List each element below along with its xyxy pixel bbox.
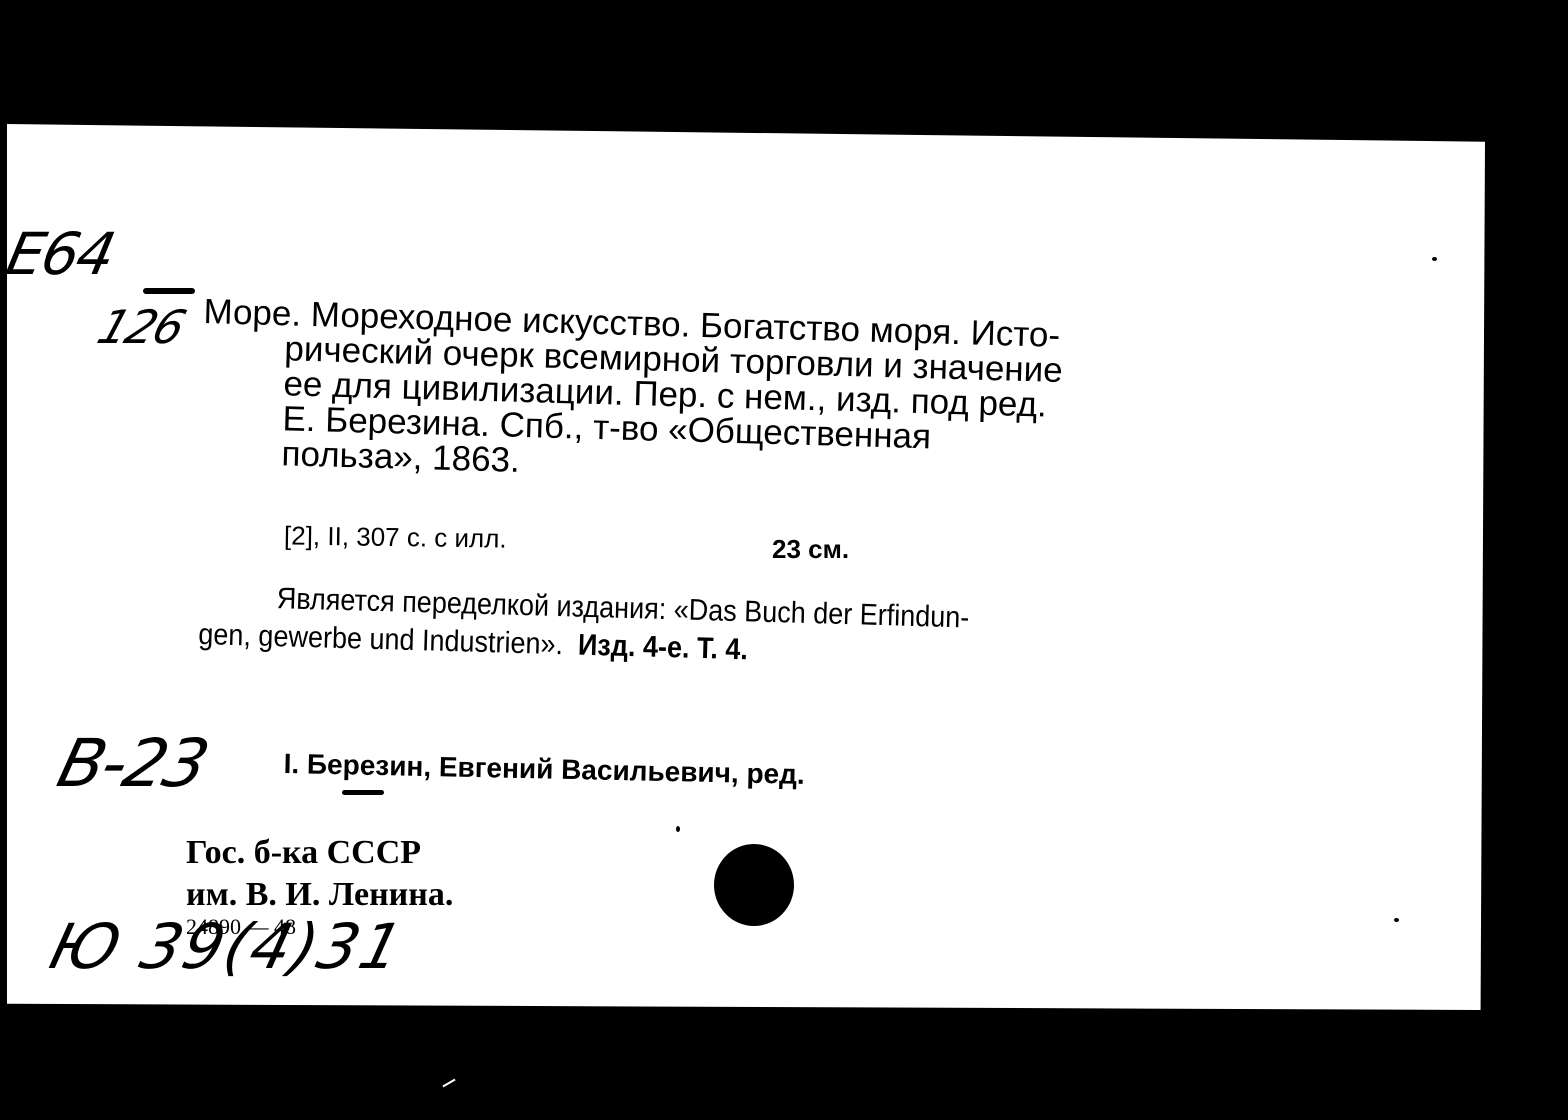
shelfmark-top-sub: 126 [91, 300, 190, 354]
card-punch-hole [714, 844, 794, 926]
bibliographic-entry: Море. Мореходное искусство. Богатство мо… [199, 294, 1263, 499]
scan-artifact [442, 1079, 455, 1088]
ink-speck [1432, 257, 1437, 261]
note-edition: Изд. 4-е. Т. 4. [578, 629, 749, 667]
stamp-line-1: Гос. б-ка СССР [186, 832, 453, 874]
shelfmark-divider [143, 288, 195, 294]
shelfmark-bottom: В-23 [50, 725, 214, 802]
book-size: 23 см. [772, 534, 849, 565]
shelfmark-top: Е64 [1, 220, 120, 288]
inventory-number: Ю 39(4)31 [43, 910, 411, 983]
underline-mark [342, 790, 384, 795]
ink-speck [676, 826, 680, 832]
entry-publisher-type: т-во [593, 408, 659, 449]
physical-description: [2], II, 307 с. с илл. [284, 520, 507, 554]
ink-speck [1394, 918, 1399, 922]
note-line-2: gen, gewerbe und Industrien». [198, 618, 564, 661]
entry-publisher: «Общественная [668, 410, 932, 456]
